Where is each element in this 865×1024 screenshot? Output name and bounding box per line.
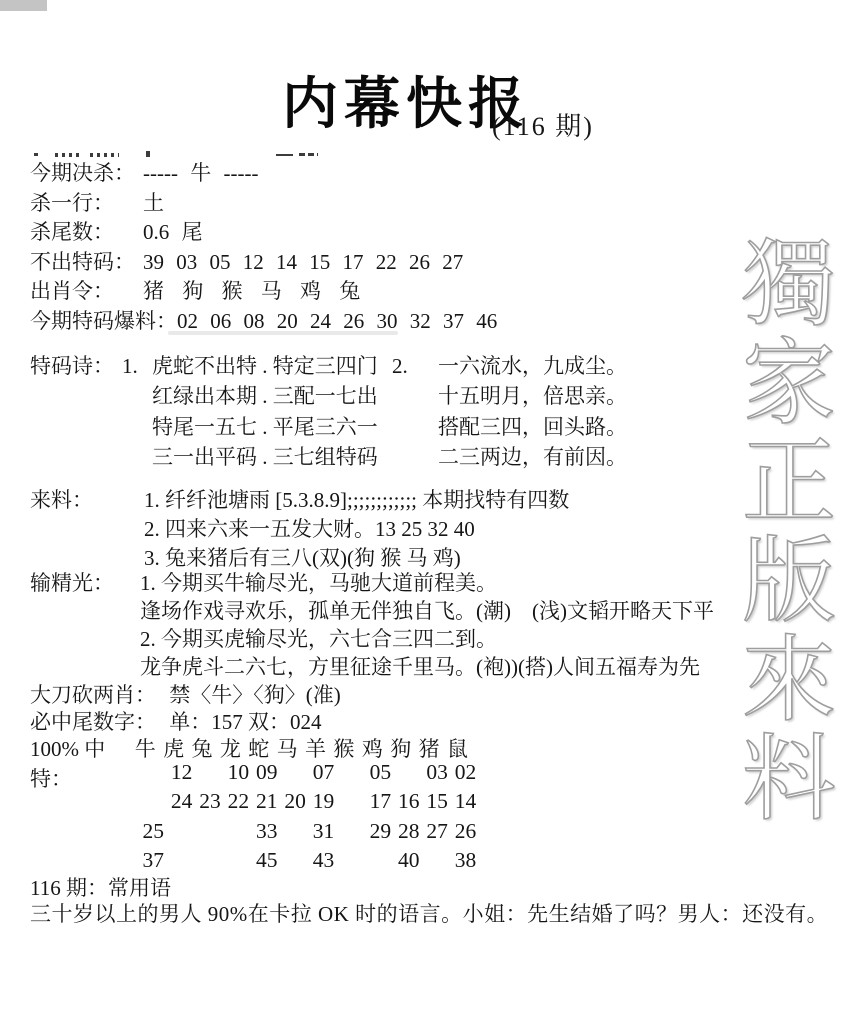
number-cell [395, 760, 423, 789]
text-fragment [34, 153, 38, 156]
number-cell [338, 819, 366, 848]
kill-label: 杀一行： [30, 189, 143, 219]
number-cell: 29 [366, 819, 394, 848]
number-cell: 33 [253, 819, 281, 848]
number-cell: 09 [253, 760, 281, 789]
number-cell: 38 [451, 848, 479, 877]
kill-value: 土 [143, 189, 164, 219]
number-cell [139, 789, 167, 818]
ban-two-zodiac-line: 大刀砍两肖： 禁〈牛〉〈狗〉(准) [30, 679, 341, 709]
number-cell [196, 760, 224, 789]
number-cell: 05 [366, 760, 394, 789]
number-row: 37 45 43 40 38 [139, 848, 480, 877]
kill-section: 今期决杀： ----- 牛 ----- 杀一行： 土 杀尾数： 0.6 尾 不出… [30, 159, 497, 337]
shujingguang-line: 2. 今期买虎输尽光，六七合三四二到。 [140, 626, 714, 654]
number-cell: 45 [253, 848, 281, 877]
kill-label: 今期特码爆料： [30, 307, 177, 337]
lailiao-section: 来料： 1. 纤纤池塘雨 [5.3.8.9];;;;;;;;;;;; 本期找特有… [30, 486, 569, 573]
kill-line: 出肖令： 猪 狗 猴 马 鸡 兔 [30, 277, 497, 307]
number-cell [281, 848, 309, 877]
special-code-poem: 特码诗： 1. 虎蛇不出特 . 特定三四门 2. 一六流水，九成尘。 红绿出本期… [30, 351, 627, 472]
lailiao-item: 1. 纤纤池塘雨 [5.3.8.9];;;;;;;;;;;; 本期找特有四数 [144, 486, 569, 515]
text-fragment [90, 153, 119, 157]
poem-line-left: 红绿出本期 . 三配一七出 [152, 381, 392, 411]
text-fragment [299, 153, 318, 156]
number-cell: 12 [167, 760, 195, 789]
number-cell [224, 848, 252, 877]
footer-joke-text: 三十岁以上的男人 90%在卡拉 OK 时的语言。小姐：先生结婚了吗？男人：还没有… [30, 898, 828, 928]
number-cell: 20 [281, 789, 309, 818]
number-cell: 24 [167, 789, 195, 818]
ban-label: 大刀砍两肖： [30, 683, 156, 707]
kill-line: 今期特码爆料： 02 06 08 20 24 26 30 32 37 46 [30, 307, 497, 337]
number-cell: 19 [309, 789, 337, 818]
scan-artifact-corner [0, 0, 47, 11]
number-cell: 26 [451, 819, 479, 848]
shujingguang-line: 龙争虎斗二六七，方里征途千里马。(袍))(搭)人间五福寿为先 [140, 654, 714, 682]
poem-line-left: 三一出平码 . 三七组特码 [152, 442, 392, 472]
kill-value: 猪 狗 猴 马 鸡 兔 [143, 277, 360, 307]
watermark-exclusive-edition: 獨 家 正 版 來 料 [728, 238, 850, 827]
poem-line-right: 搭配三四，回头路。 [438, 412, 627, 442]
number-cell: 02 [451, 760, 479, 789]
kill-line: 杀一行： 土 [30, 189, 497, 219]
kill-label: 今期决杀： [30, 159, 143, 189]
watermark-char: 獨 [742, 238, 836, 332]
number-cell [196, 819, 224, 848]
watermark-char: 家 [742, 337, 836, 431]
shujingguang-section: 输精光： 1. 今期买牛输尽光，马驰大道前程美。 逢场作戏寻欢乐，孤单无伴独自飞… [30, 570, 714, 682]
watermark-char: 正 [742, 436, 836, 530]
number-cell: 23 [196, 789, 224, 818]
poem-line-left: 虎蛇不出特 . 特定三四门 [152, 351, 392, 381]
shujingguang-label: 输精光： [30, 570, 140, 598]
text-fragment [146, 151, 150, 157]
lailiao-item: 3. 兔来猪后有三八(双)(狗 猴 马 鸡) [144, 544, 569, 573]
number-cell: 17 [366, 789, 394, 818]
number-cell: 40 [395, 848, 423, 877]
number-cell [423, 848, 451, 877]
number-row: 25 33 31 29 28 27 26 [139, 819, 480, 848]
number-cell [167, 819, 195, 848]
number-cell [338, 760, 366, 789]
number-cell: 21 [253, 789, 281, 818]
number-row: 24 23 22 21 20 19 17 16 15 14 [139, 789, 480, 818]
must-hit-tail-line: 必中尾数字： 单：157 双：024 [30, 706, 322, 736]
number-cell: 14 [451, 789, 479, 818]
number-cell [196, 848, 224, 877]
number-cell: 07 [309, 760, 337, 789]
number-cell [224, 819, 252, 848]
ban-value: 禁〈牛〉〈狗〉(准) [169, 683, 341, 707]
shujingguang-line: 逢场作戏寻欢乐，孤单无伴独自飞。(潮) (浅)文韬开略天下平 [140, 598, 714, 626]
shujingguang-line: 1. 今期买牛输尽光，马驰大道前程美。 [140, 570, 714, 598]
poem-line-left: 特尾一五七 . 平尾三六一 [152, 412, 392, 442]
number-cell [366, 848, 394, 877]
issue-number: (116 期) [492, 106, 594, 143]
kill-value: ----- 牛 ----- [143, 159, 258, 189]
number-cell: 16 [395, 789, 423, 818]
lailiao-item: 2. 四来六来一五发大财。13 25 32 40 [144, 515, 569, 544]
kill-value: 0.6 尾 [143, 218, 203, 248]
text-fragment [276, 154, 293, 156]
number-cell [139, 760, 167, 789]
number-cell [281, 819, 309, 848]
page-title: 内幕快报 [0, 60, 812, 140]
watermark-char: 版 [742, 535, 836, 629]
number-cell: 31 [309, 819, 337, 848]
watermark-char: 來 [742, 634, 836, 728]
number-cell: 10 [224, 760, 252, 789]
number-cell: 28 [395, 819, 423, 848]
number-row: 12 10 09 07 05 03 02 [139, 760, 480, 789]
tail-label: 必中尾数字： [30, 710, 156, 734]
newsletter-page: 内幕快报 (116 期) 今期决杀： ----- 牛 ----- 杀一行： 土 … [0, 0, 865, 1024]
number-cell [167, 848, 195, 877]
number-grid: 12 10 09 07 05 03 02 24 23 22 21 20 19 1… [139, 760, 480, 877]
poem-line-right: 十五明月，倍思亲。 [438, 381, 627, 411]
kill-label: 出肖令： [30, 277, 143, 307]
number-cell: 22 [224, 789, 252, 818]
kill-label: 不出特码： [30, 248, 143, 278]
number-cell: 43 [309, 848, 337, 877]
number-cell: 03 [423, 760, 451, 789]
kill-value: 02 06 08 20 24 26 30 32 37 46 [177, 307, 497, 337]
kill-line: 不出特码： 39 03 05 12 14 15 17 22 26 27 [30, 248, 497, 278]
poem-label: 特码诗： [30, 351, 122, 381]
kill-value: 39 03 05 12 14 15 17 22 26 27 [143, 248, 463, 278]
poem-number: 1. [122, 351, 152, 381]
text-fragment [55, 153, 82, 157]
poem-number: 2. [392, 351, 438, 381]
poem-line-right: 二三两边，有前因。 [438, 442, 627, 472]
watermark-char: 料 [742, 733, 836, 827]
kill-label: 杀尾数： [30, 218, 143, 248]
poem-line-right: 一六流水，九成尘。 [438, 351, 627, 381]
kill-line: 今期决杀： ----- 牛 ----- [30, 159, 497, 189]
number-cell: 27 [423, 819, 451, 848]
number-cell: 25 [139, 819, 167, 848]
kill-line: 杀尾数： 0.6 尾 [30, 218, 497, 248]
tail-value: 单：157 双：024 [169, 710, 321, 734]
number-cell [281, 760, 309, 789]
lailiao-label: 来料： [30, 486, 144, 515]
number-cell: 15 [423, 789, 451, 818]
zhongte-label: 100% 中特： [30, 733, 131, 793]
number-cell [338, 848, 366, 877]
number-cell [338, 789, 366, 818]
